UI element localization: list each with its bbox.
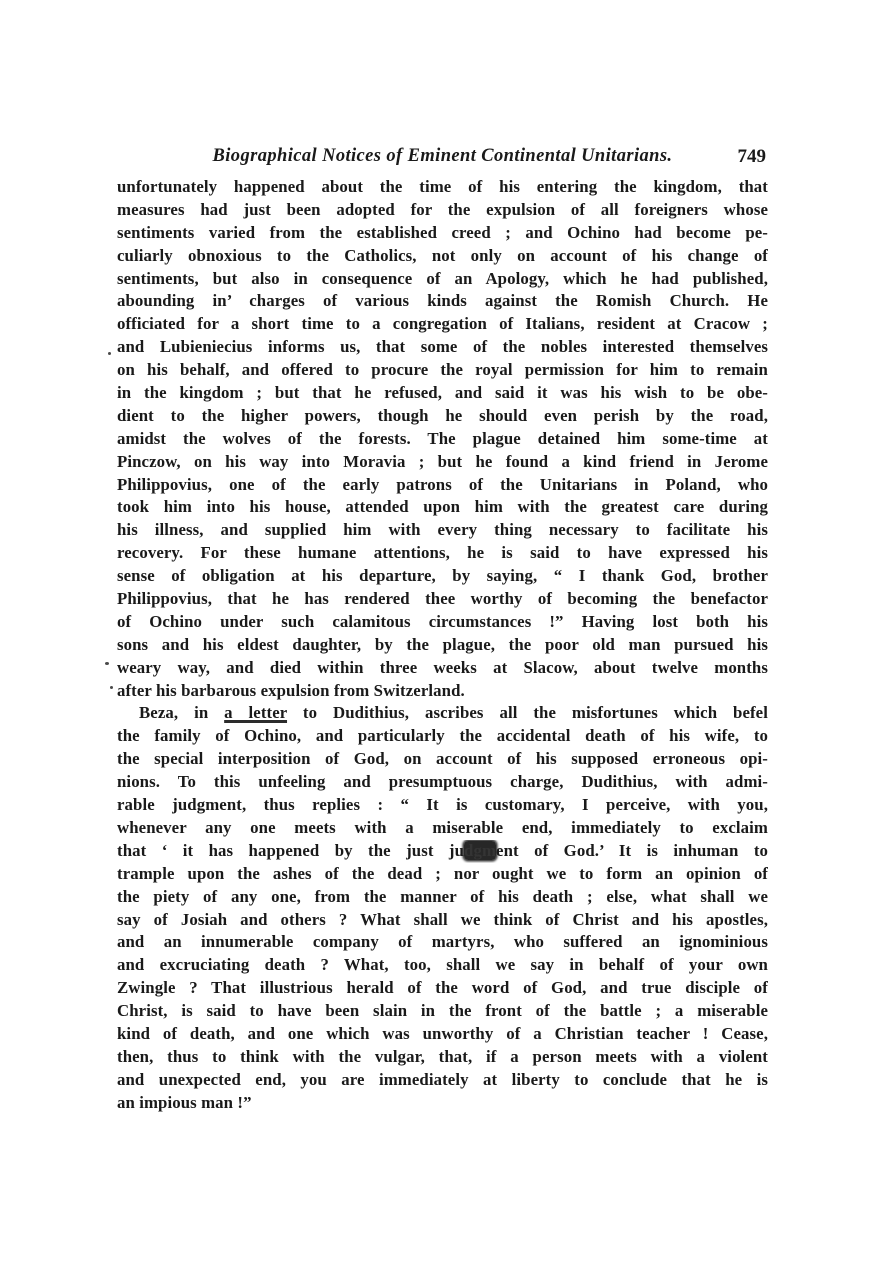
text-line: in the kingdom ; but that he refused, an… — [117, 382, 768, 405]
text-line: the piety of any one, from the manner of… — [117, 886, 768, 909]
text-line: and excruciating death ? What, too, shal… — [117, 954, 768, 977]
text-line: an impious man !” — [117, 1092, 768, 1115]
text-line: rable judgment, thus replies : “ It is c… — [117, 794, 768, 817]
text-line: Christ, is said to have been slain in th… — [117, 1000, 768, 1023]
text-line: and Lubieniecius informs us, that some o… — [117, 336, 768, 359]
page-header: Biographical Notices of Eminent Continen… — [117, 146, 768, 172]
text-line: measures had just been adopted for the e… — [117, 199, 768, 222]
text-line: amidst the wolves of the forests. The pl… — [117, 428, 768, 451]
page-number: 749 — [738, 146, 767, 168]
text-line: and an innumerable company of martyrs, w… — [117, 931, 768, 954]
text-line: kind of death, and one which was unworth… — [117, 1023, 768, 1046]
text-line: Beza, in a letter to Dudithius, ascribes… — [117, 702, 768, 725]
text-line: say of Josiah and others ? What shall we… — [117, 909, 768, 932]
text-line: whenever any one meets with a miserable … — [117, 817, 768, 840]
text-line: sentiments, but also in consequence of a… — [117, 268, 768, 291]
text-line: Philippovius, one of the early patrons o… — [117, 474, 768, 497]
text-line: of Ochino under such calamitous circumst… — [117, 611, 768, 634]
text-line: and unexpected end, you are immediately … — [117, 1069, 768, 1092]
text-line: Pinczow, on his way into Moravia ; but h… — [117, 451, 768, 474]
text-line: unfortunately happened about the time of… — [117, 176, 768, 199]
paragraph: unfortunately happened about the time of… — [117, 176, 768, 702]
scan-speck — [105, 662, 109, 665]
book-page: Biographical Notices of Eminent Continen… — [0, 0, 883, 1265]
paragraph: Beza, in a letter to Dudithius, ascribes… — [117, 702, 768, 1114]
text-line: sentiments varied from the established c… — [117, 222, 768, 245]
text-line: weary way, and died within three weeks a… — [117, 657, 768, 680]
text-line: the special interposition of God, on acc… — [117, 748, 768, 771]
text-line: that ‘ it has happened by the just judgm… — [117, 840, 768, 863]
text-body: unfortunately happened about the time of… — [117, 176, 768, 1115]
text-line: nions. To this unfeeling and presumptuou… — [117, 771, 768, 794]
running-title: Biographical Notices of Eminent Continen… — [117, 146, 768, 167]
scan-speck — [110, 686, 113, 689]
text-line: the family of Ochino, and particularly t… — [117, 725, 768, 748]
text-line: took him into his house, attended upon h… — [117, 496, 768, 519]
text-line: officiated for a short time to a congreg… — [117, 313, 768, 336]
underline-mark: a letter — [224, 703, 287, 722]
text-line: trample upon the ashes of the dead ; nor… — [117, 863, 768, 886]
text-line: Philippovius, that he has rendered thee … — [117, 588, 768, 611]
text-line: culiarly obnoxious to the Catholics, not… — [117, 245, 768, 268]
text-line: sons and his eldest daughter, by the pla… — [117, 634, 768, 657]
text-line: on his behalf, and offered to procure th… — [117, 359, 768, 382]
blot-mark: dgm — [464, 841, 496, 860]
scan-speck — [108, 352, 111, 355]
text-line: after his barbarous expulsion from Switz… — [117, 680, 768, 703]
text-line: dient to the higher powers, though he sh… — [117, 405, 768, 428]
text-line: Zwingle ? That illustrious herald of the… — [117, 977, 768, 1000]
text-line: abounding in’ charges of various kinds a… — [117, 290, 768, 313]
text-line: his illness, and supplied him with every… — [117, 519, 768, 542]
text-line: recovery. For these humane attentions, h… — [117, 542, 768, 565]
text-line: then, thus to think with the vulgar, tha… — [117, 1046, 768, 1069]
text-line: sense of obligation at his departure, by… — [117, 565, 768, 588]
